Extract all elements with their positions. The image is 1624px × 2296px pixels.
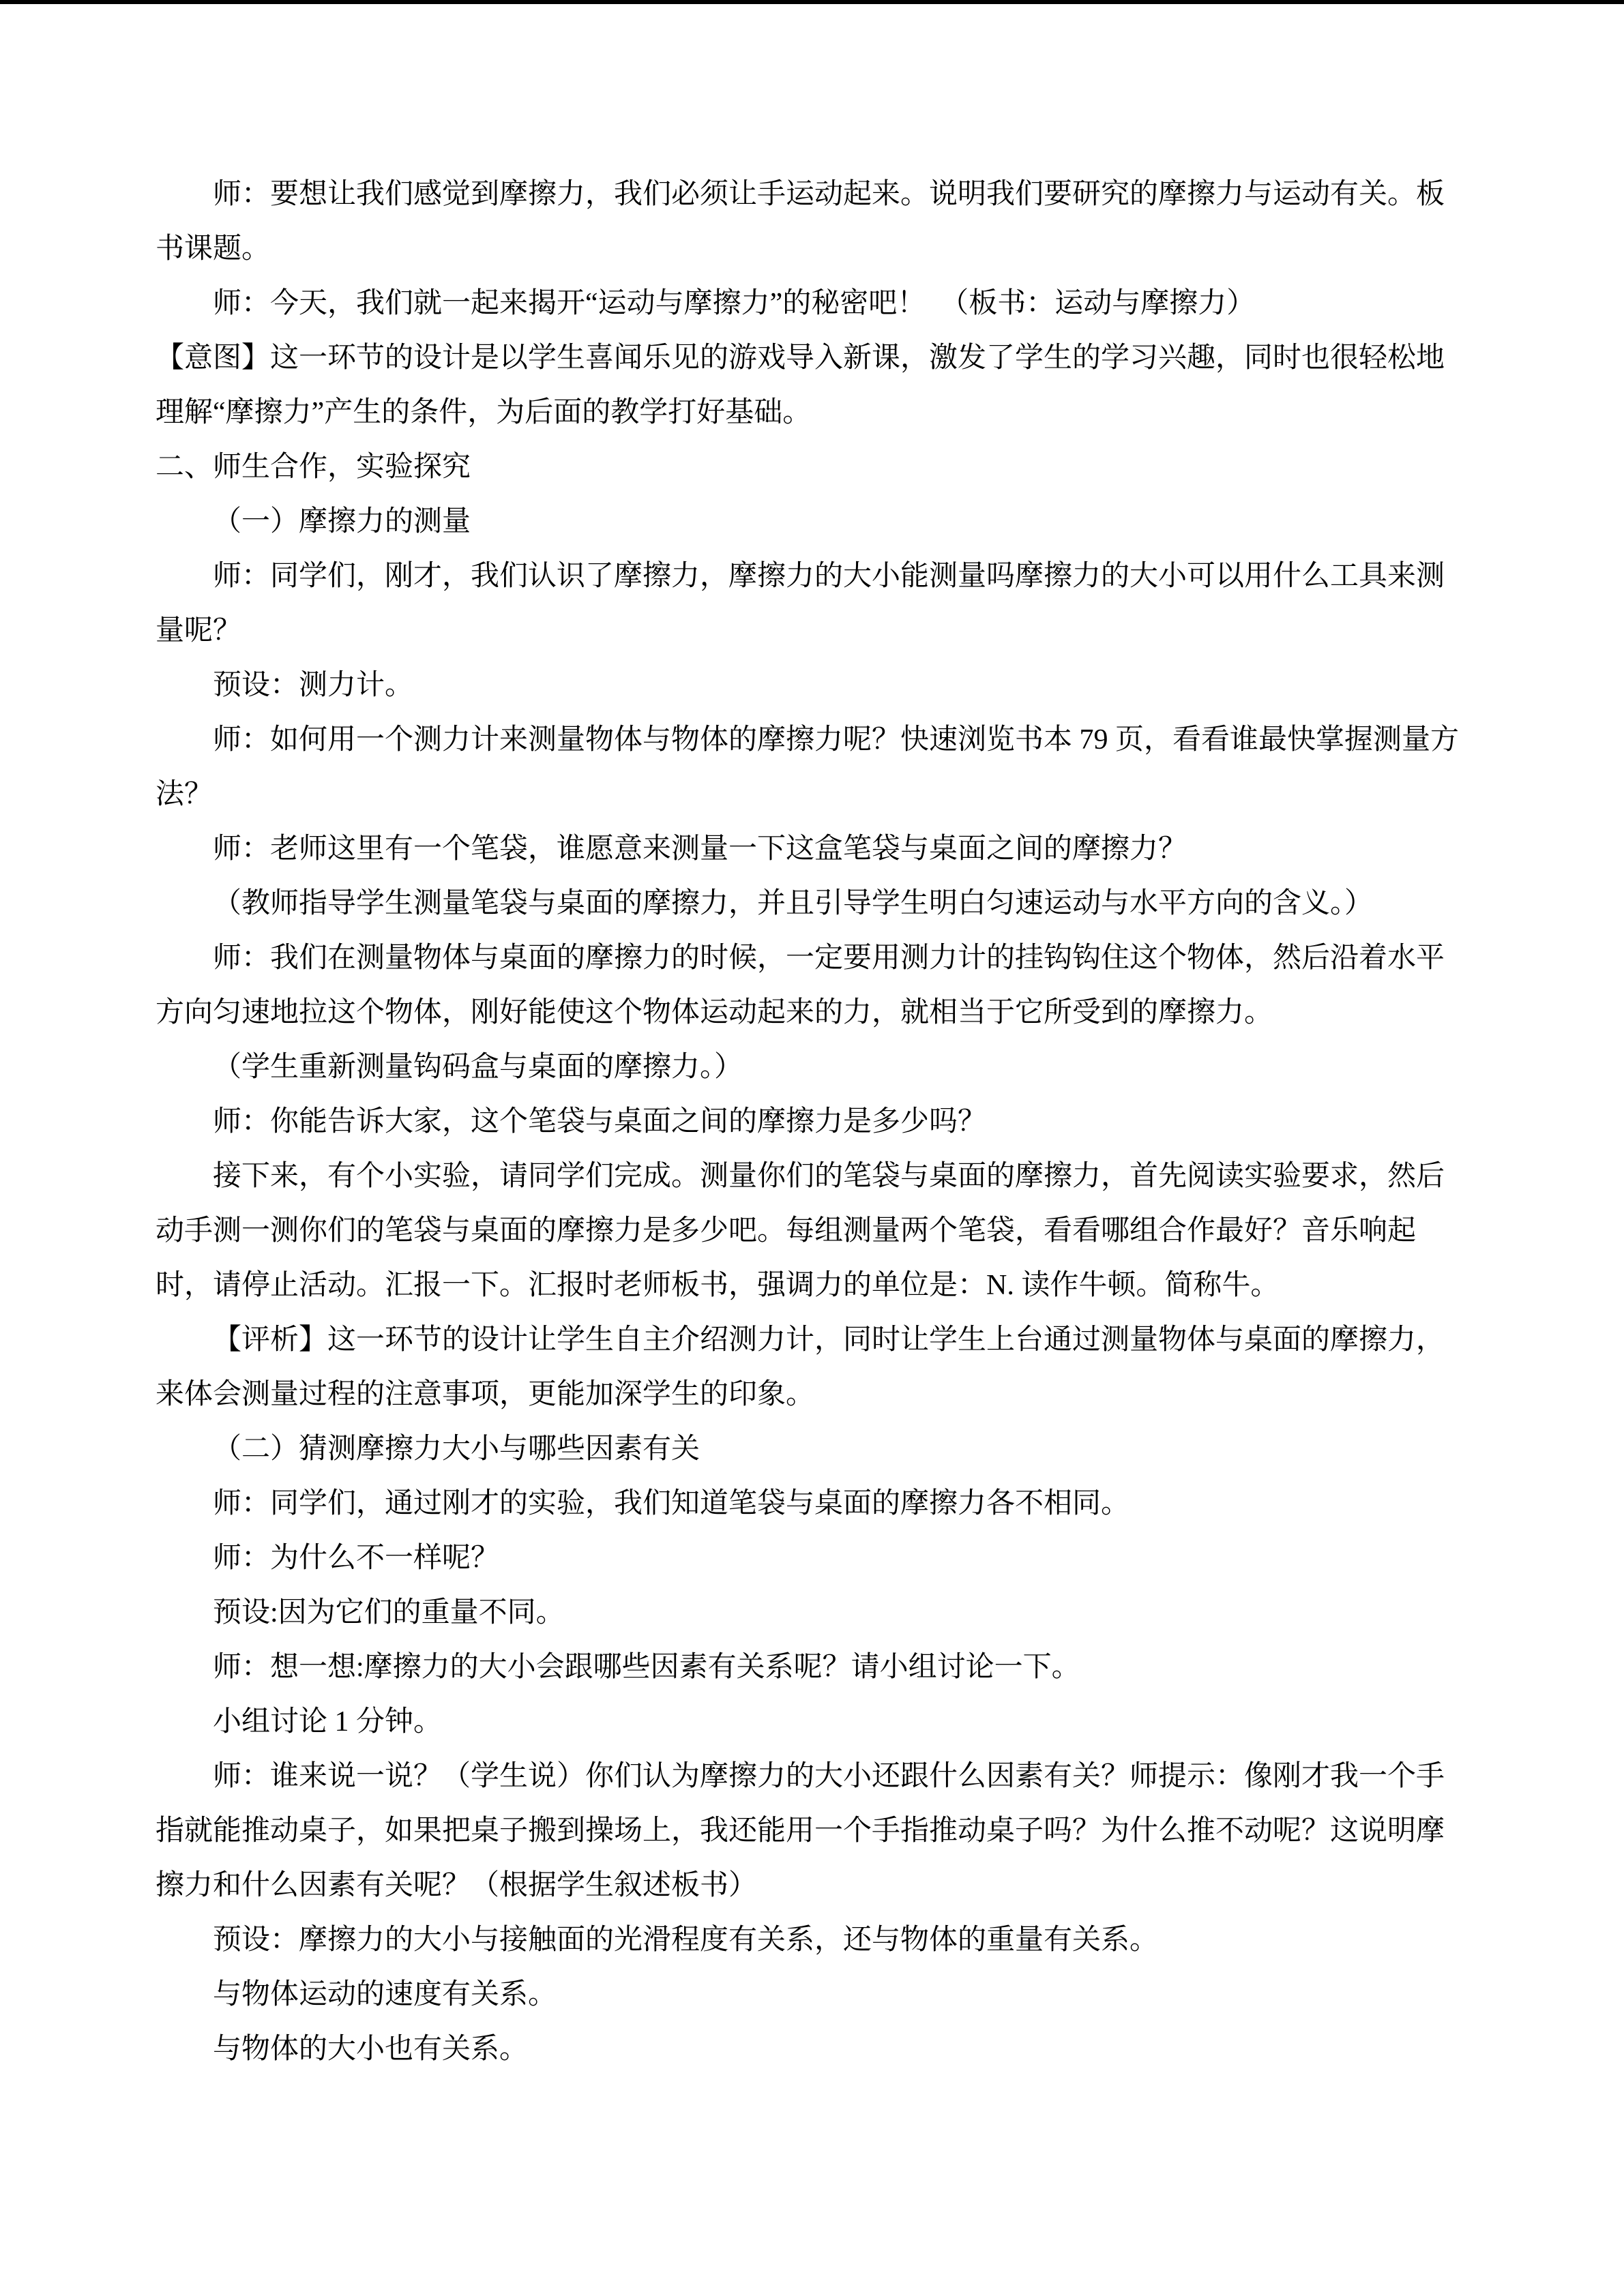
text-line: 师：谁来说一说？（学生说）你们认为摩擦力的大小还跟什么因素有关？师提示：像刚才我… <box>156 1749 1446 1804</box>
text-line: 师：同学们，刚才，我们认识了摩擦力，摩擦力的大小能测量吗摩擦力的大小可以用什么工… <box>156 549 1446 603</box>
text-line: 指就能推动桌子，如果把桌子搬到操场上，我还能用一个手指推动桌子吗？为什么推不动呢… <box>156 1804 1446 1858</box>
text-line: 动手测一测你们的笔袋与桌面的摩擦力是多少吧。每组测量两个笔袋，看看哪组合作最好？… <box>156 1204 1446 1258</box>
text-line: 小组讨论 1 分钟。 <box>156 1695 1446 1749</box>
text-line: 擦力和什么因素有关呢？（根据学生叙述板书） <box>156 1858 1446 1913</box>
text-line: 师：如何用一个测力计来测量物体与物体的摩擦力呢？快速浏览书本 79 页，看看谁最… <box>156 713 1446 767</box>
text-line: 接下来，有个小实验，请同学们完成。测量你们的笔袋与桌面的摩擦力，首先阅读实验要求… <box>156 1149 1446 1204</box>
lesson-plan-text-body: 师：要想让我们感觉到摩擦力，我们必须让手运动起来。说明我们要研究的摩擦力与运动有… <box>156 167 1446 2076</box>
text-line: 师：为什么不一样呢？ <box>156 1531 1446 1585</box>
text-line: 师：同学们，通过刚才的实验，我们知道笔袋与桌面的摩擦力各不相同。 <box>156 1476 1446 1531</box>
text-line: 二、师生合作，实验探究 <box>156 440 1446 494</box>
text-line: 【意图】这一环节的设计是以学生喜闻乐见的游戏导入新课，激发了学生的学习兴趣，同时… <box>156 331 1446 385</box>
text-line: 师：要想让我们感觉到摩擦力，我们必须让手运动起来。说明我们要研究的摩擦力与运动有… <box>156 167 1446 222</box>
text-line: 法？ <box>156 767 1446 822</box>
text-line: 师：我们在测量物体与桌面的摩擦力的时候，一定要用测力计的挂钩钩住这个物体，然后沿… <box>156 931 1446 985</box>
text-line: （二）猜测摩擦力大小与哪些因素有关 <box>156 1422 1446 1476</box>
document-screenshot: { "page": { "background": "#ffffff", "to… <box>0 0 1624 2296</box>
text-line: 时，请停止活动。汇报一下。汇报时老师板书，强调力的单位是：N. 读作牛顿。简称牛… <box>156 1258 1446 1313</box>
text-line: 书课题。 <box>156 222 1446 276</box>
text-line: 预设：测力计。 <box>156 658 1446 713</box>
text-line: 与物体的大小也有关系。 <box>156 2022 1446 2076</box>
text-line: 预设：摩擦力的大小与接触面的光滑程度有关系，还与物体的重量有关系。 <box>156 1913 1446 1967</box>
text-line: 【评析】这一环节的设计让学生自主介绍测力计，同时让学生上台通过测量物体与桌面的摩… <box>156 1313 1446 1367</box>
text-line: 师：今天，我们就一起来揭开“运动与摩擦力”的秘密吧！ （板书：运动与摩擦力） <box>156 276 1446 331</box>
text-line: 师：你能告诉大家，这个笔袋与桌面之间的摩擦力是多少吗？ <box>156 1094 1446 1149</box>
text-line: 师：老师这里有一个笔袋，谁愿意来测量一下这盒笔袋与桌面之间的摩擦力？ <box>156 822 1446 876</box>
page-top-border <box>0 0 1624 4</box>
text-line: （一）摩擦力的测量 <box>156 494 1446 549</box>
text-line: 师：想一想:摩擦力的大小会跟哪些因素有关系呢？请小组讨论一下。 <box>156 1640 1446 1695</box>
text-line: 理解“摩擦力”产生的条件，为后面的教学打好基础。 <box>156 385 1446 440</box>
text-line: 方向匀速地拉这个物体，刚好能使这个物体运动起来的力，就相当于它所受到的摩擦力。 <box>156 985 1446 1040</box>
text-line: 预设:因为它们的重量不同。 <box>156 1585 1446 1640</box>
text-line: 来体会测量过程的注意事项，更能加深学生的印象。 <box>156 1367 1446 1422</box>
text-line: （学生重新测量钩码盒与桌面的摩擦力。） <box>156 1040 1446 1094</box>
text-line: 量呢？ <box>156 603 1446 658</box>
text-line: 与物体运动的速度有关系。 <box>156 1967 1446 2022</box>
text-line: （教师指导学生测量笔袋与桌面的摩擦力，并且引导学生明白匀速运动与水平方向的含义。… <box>156 876 1446 931</box>
